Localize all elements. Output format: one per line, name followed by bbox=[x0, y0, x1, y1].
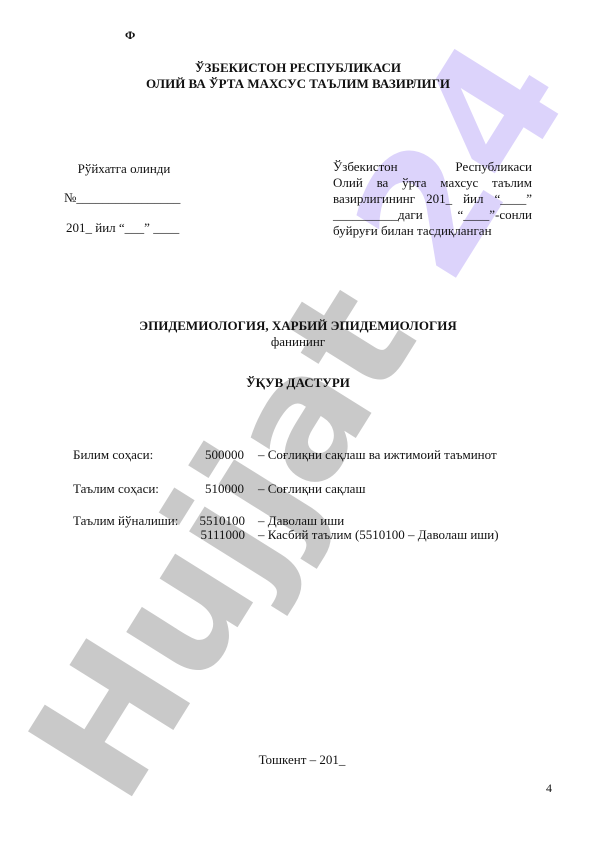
approval-block: Ўзбекистон Республикаси Олий ва ўрта мах… bbox=[333, 159, 532, 239]
field-desc: – Касбий таълим (5510100 – Даволаш иши) bbox=[258, 527, 499, 543]
field-code: 500000 bbox=[164, 447, 244, 463]
registration-title: Рўйхатга олинди bbox=[64, 161, 184, 177]
program-title: ЎҚУВ ДАСТУРИ bbox=[0, 375, 596, 391]
field-desc: – Соғлиқни сақлаш bbox=[258, 481, 365, 497]
subject-title: ЭПИДЕМИОЛОГИЯ, ХАРБИЙ ЭПИДЕМИОЛОГИЯ bbox=[0, 318, 596, 334]
header-ministry: ОЛИЙ ВА ЎРТА МАХСУС ТАЪЛИМ ВАЗИРЛИГИ bbox=[0, 76, 596, 92]
field-label: Таълим йўналиши: bbox=[73, 513, 178, 529]
approval-line: Олий ва ўрта махсус таълим bbox=[333, 175, 532, 191]
approval-line: вазирлигининг 201_ йил “____” bbox=[333, 191, 532, 207]
field-label: Таълим соҳаси: bbox=[73, 481, 159, 497]
field-code: 510000 bbox=[164, 481, 244, 497]
field-label: Билим соҳаси: bbox=[73, 447, 153, 463]
field-code: 5111000 bbox=[165, 527, 245, 543]
registration-date: 201_ йил “___” ____ bbox=[66, 220, 206, 236]
page-number: 4 bbox=[546, 781, 552, 796]
header-country: ЎЗБЕКИСТОН РЕСПУБЛИКАСИ bbox=[0, 60, 596, 76]
city-year: Тошкент – 201_ bbox=[0, 752, 596, 768]
document-page: Ф ЎЗБЕКИСТОН РЕСПУБЛИКАСИ ОЛИЙ ВА ЎРТА М… bbox=[0, 0, 596, 842]
subject-subtitle: фанининг bbox=[0, 334, 596, 350]
field-desc: – Соғлиқни сақлаш ва ижтимоий таъминот bbox=[258, 447, 497, 463]
approval-line: Ўзбекистон Республикаси bbox=[333, 159, 532, 175]
approval-line: буйруғи билан тасдиқланган bbox=[333, 223, 532, 239]
corner-mark: Ф bbox=[125, 28, 135, 43]
approval-line: __________даги “____”-сонли bbox=[333, 207, 532, 223]
registration-number: №________________ bbox=[64, 190, 204, 206]
